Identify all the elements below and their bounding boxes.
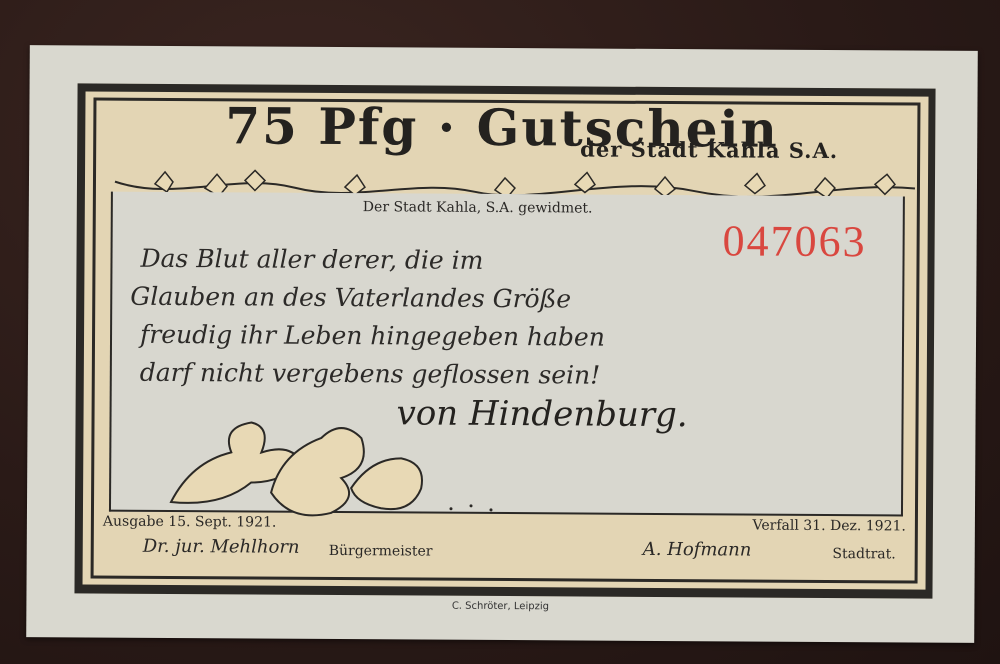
mayor-role: Bürgermeister	[329, 543, 433, 560]
banknote-frame: 75 Pfg · Gutschein der Stadt Kahla S.A. …	[74, 83, 935, 598]
quote-line: Das Blut aller derer, die im	[140, 240, 900, 283]
footer-block: Ausgabe 15. Sept. 1921. Verfall 31. Dez.…	[103, 514, 906, 579]
dedication-text: Der Stadt Kahla, S.A. gewidmet.	[363, 199, 593, 216]
notgeld-banknote: 75 Pfg · Gutschein der Stadt Kahla S.A. …	[26, 45, 978, 643]
handwritten-quote: Das Blut aller derer, die im Glauben an …	[140, 240, 901, 397]
printer-imprint: C. Schröter, Leipzig	[26, 598, 974, 615]
title-block: 75 Pfg · Gutschein der Stadt Kahla S.A.	[165, 92, 885, 166]
quote-line: darf nicht vergebens geflossen sein!	[140, 354, 900, 397]
issue-date: Ausgabe 15. Sept. 1921.	[103, 514, 277, 531]
issuer-subtitle: der Stadt Kahla S.A.	[580, 136, 838, 163]
expiry-date: Verfall 31. Dez. 1921.	[753, 518, 906, 535]
quote-line: Glauben an des Vaterlandes Größe	[130, 278, 900, 321]
mayor-signature: Dr. jur. Mehlhorn	[143, 536, 300, 558]
councilor-signature: A. Hofmann	[643, 539, 752, 561]
oak-leaves-illustration	[151, 412, 512, 524]
councilor-role: Stadtrat.	[832, 546, 895, 562]
quote-panel: Der Stadt Kahla, S.A. gewidmet. 047063 D…	[109, 192, 905, 517]
quote-line: freudig ihr Leben hingegeben haben	[140, 316, 900, 359]
